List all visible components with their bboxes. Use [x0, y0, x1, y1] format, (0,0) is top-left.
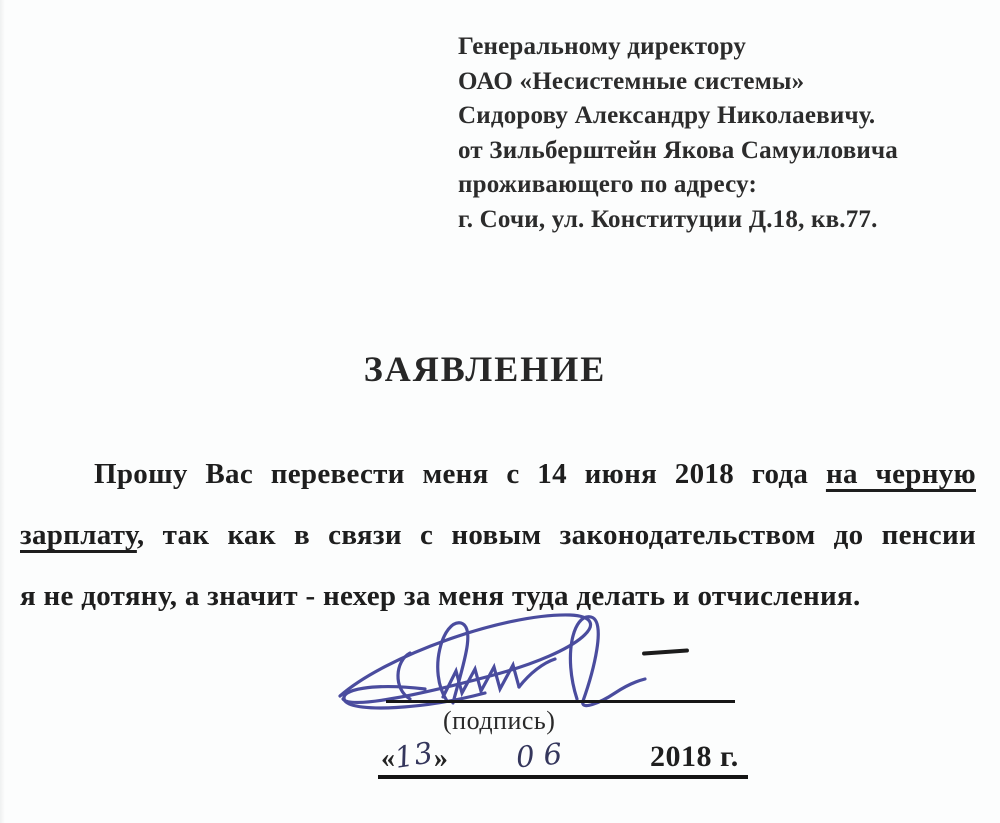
- signature-caption: (подпись): [443, 706, 555, 736]
- document-title: ЗАЯВЛЕНИЕ: [0, 348, 970, 390]
- recipient-line-address: г. Сочи, ул. Конституции Д.18, кв.77.: [458, 203, 988, 238]
- recipient-line-address-label: проживающего по адресу:: [458, 168, 988, 203]
- body-line-2-text: , так как в связи с новым законодательст…: [137, 519, 976, 551]
- date-day-group: «13»: [381, 740, 448, 775]
- body-line-1-text: Прошу Вас перевести меня с 14 июня 2018 …: [94, 458, 808, 490]
- date-close-guillemet: »: [434, 743, 448, 774]
- date-month-handwritten: 06: [515, 736, 573, 775]
- recipient-line-applicant-name: от Зильберштейн Якова Самуиловича: [458, 134, 988, 169]
- body-line-2: зарплату, так как в связи с новым законо…: [20, 519, 976, 552]
- recipient-line-company: ОАО «Несистемные системы»: [458, 65, 988, 100]
- body-line-2-underlined: зарплату: [20, 519, 137, 551]
- recipient-line-position: Генеральному директору: [458, 30, 988, 65]
- recipient-block: Генеральному директору ОАО «Несистемные …: [458, 30, 988, 238]
- date-row: «13» 06 2018 г.: [0, 738, 1000, 783]
- date-year: 2018 г.: [650, 740, 739, 774]
- body-line-1: Прошу Вас перевести меня с 14 июня 2018 …: [20, 458, 976, 491]
- recipient-line-director-name: Сидорову Александру Николаевичу.: [458, 99, 988, 134]
- date-day-handwritten: 13: [392, 735, 436, 775]
- document-page: Генеральному директору ОАО «Несистемные …: [0, 0, 1000, 823]
- signature-line: [386, 700, 735, 703]
- body-line-1-underlined: на черную: [826, 458, 976, 490]
- date-underline: [378, 775, 748, 779]
